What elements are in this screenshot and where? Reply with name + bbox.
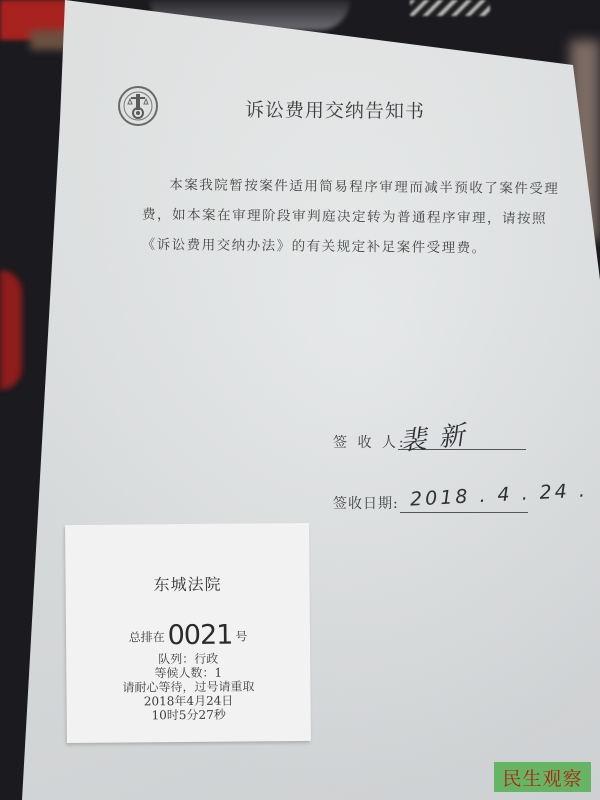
background-striped-sleeve [410, 0, 490, 16]
ticket-court-name: 东城法院 [65, 571, 309, 596]
ticket-number-row: 总排在0021号 [66, 619, 310, 652]
queue-ticket: 东城法院 总排在0021号 队列：行政 等候人数：1 请耐心等待，过号请重取 2… [65, 523, 311, 743]
sign-date-label: 签收日期: [333, 493, 399, 513]
receiver-signature: 裴 新 [398, 415, 468, 459]
watermark-text: 民生观察 [502, 764, 582, 791]
notice-body: 本案我院暂按案件适用简易程序审理而减半预收了案件受理费，如本案在审理阶段审判庭决… [142, 170, 563, 264]
sign-date-line [400, 512, 528, 513]
receiver-label: 签 收 人: [333, 432, 407, 452]
court-emblem-graphic [121, 89, 155, 123]
ticket-time: 10时5分27秒 [67, 707, 311, 723]
ticket-number-suffix: 号 [235, 629, 247, 643]
court-emblem-icon [118, 86, 158, 126]
background-red-pattern [0, 270, 22, 390]
watermark-badge: 民生观察 [494, 762, 591, 792]
ticket-number: 0021 [165, 620, 236, 652]
document-title: 诉讼费用交纳告知书 [245, 95, 425, 124]
ticket-number-prefix: 总排在 [129, 630, 165, 644]
